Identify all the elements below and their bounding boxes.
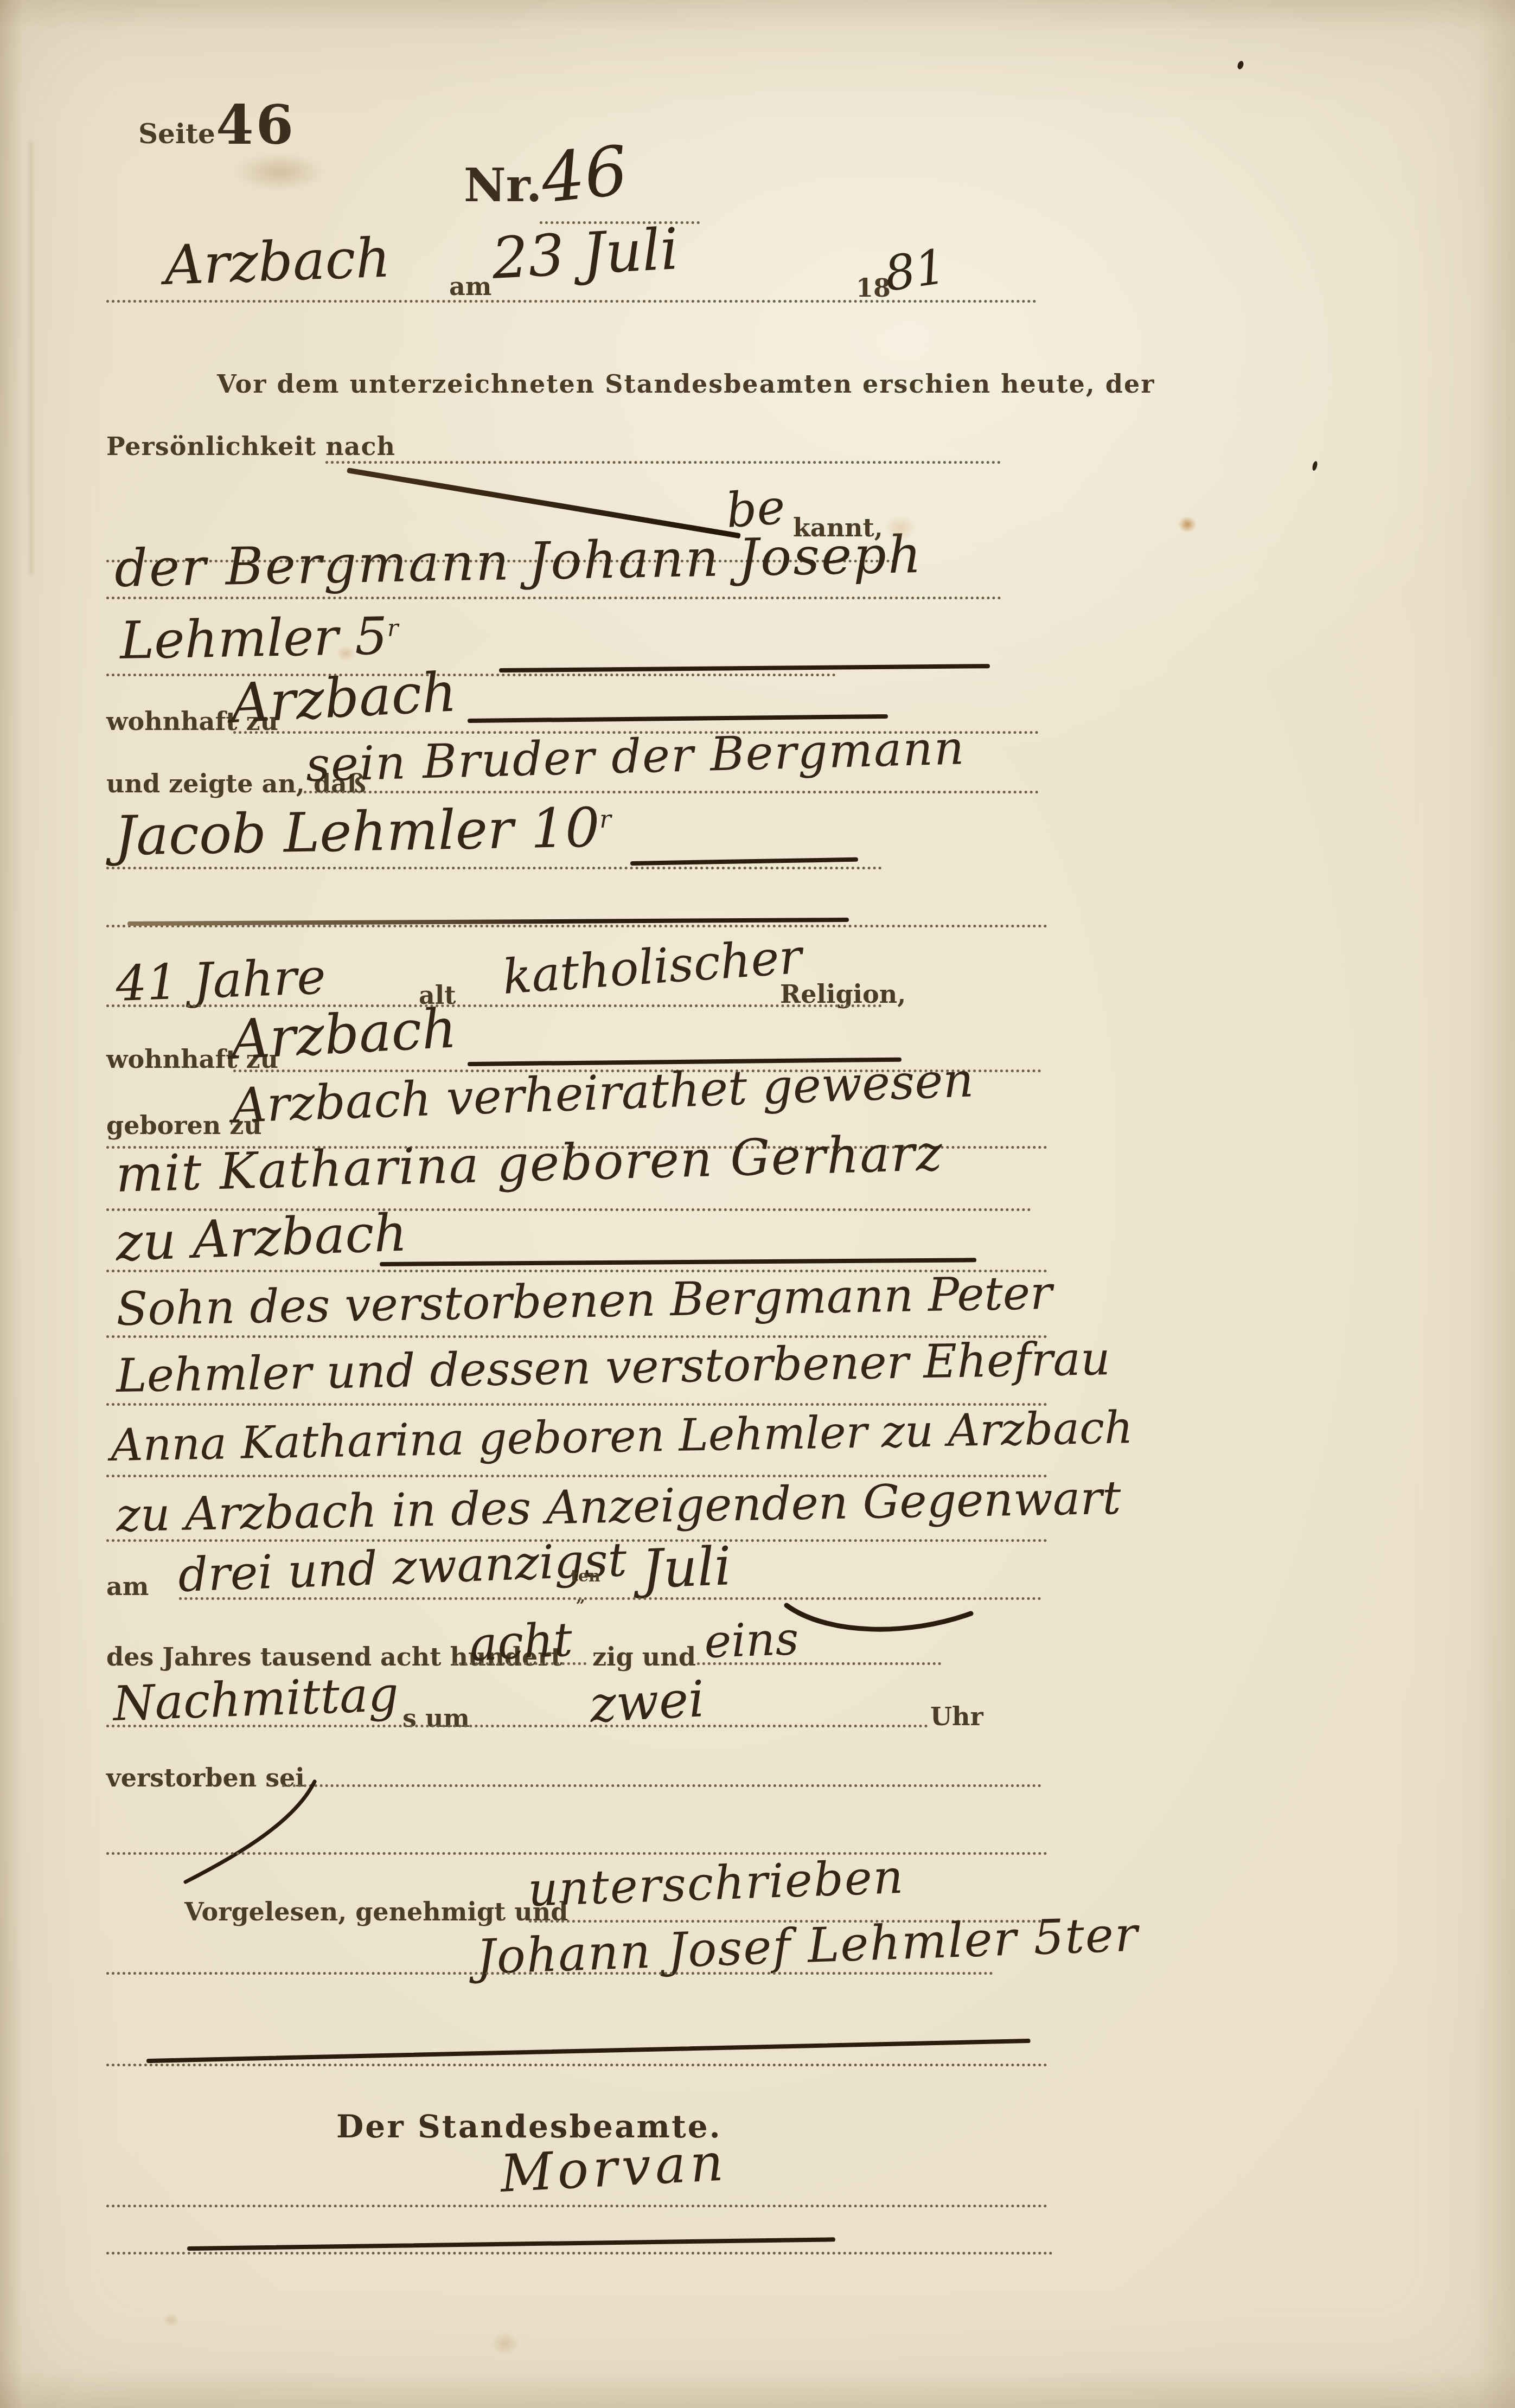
field-death-month: Juli bbox=[641, 1540, 732, 1596]
printed-am-tag: am bbox=[106, 1574, 149, 1599]
signature-registrar: Morvan bbox=[499, 2137, 729, 2200]
ink-filler-stroke bbox=[499, 664, 990, 673]
pen-flourish bbox=[179, 1773, 320, 1893]
ink-filler-stroke bbox=[630, 857, 858, 866]
ruled-dotted-line bbox=[106, 2205, 1047, 2207]
field-year-ones: eins bbox=[704, 1616, 800, 1664]
register-page-scan: Seite 46 Nr. 46 Arzbach am 23 Juli 18 81… bbox=[0, 0, 1515, 2408]
pen-flourish bbox=[784, 1597, 974, 1641]
field-day-month: 23 Juli bbox=[491, 221, 680, 287]
ruled-dotted-line bbox=[106, 2064, 1047, 2066]
field-parents-line3: Anna Katharina geboren Lehmler zu Arzbac… bbox=[111, 1406, 1134, 1468]
ruled-dotted-line bbox=[325, 461, 1001, 464]
ruled-dotted-line bbox=[106, 1972, 993, 1975]
printed-intro: Vor dem unterzeichneten Standesbeamten e… bbox=[217, 372, 1155, 396]
field-residence-1: Arzbach bbox=[229, 665, 458, 731]
paper-stain bbox=[1178, 516, 1197, 533]
field-declarant-line2: Lehmler 5r bbox=[119, 611, 399, 667]
ink-filler-stroke bbox=[146, 2039, 1031, 2063]
field-death-place: zu Arzbach in des Anzeigenden Gegenwart bbox=[116, 1475, 1122, 1539]
field-residence-2: Arzbach bbox=[229, 1001, 458, 1067]
field-deceased-name: Jacob Lehmler 10r bbox=[114, 800, 612, 863]
ink-filler-stroke bbox=[468, 714, 888, 723]
field-declarant-line1: der Bergmann Johann Joseph bbox=[114, 529, 923, 595]
paper-fold-shadow bbox=[30, 141, 33, 575]
ruled-dotted-line bbox=[282, 1784, 1041, 1787]
ruled-dotted-line bbox=[106, 867, 882, 869]
printed-ordinal-suffix: ten bbox=[571, 1568, 600, 1585]
ruled-dotted-line bbox=[106, 1004, 882, 1007]
paper-stain bbox=[163, 2313, 179, 2327]
field-relationship: sein Bruder der Bergmann bbox=[305, 725, 966, 789]
ruled-dotted-line bbox=[304, 791, 1039, 793]
paper-stain bbox=[491, 2332, 519, 2355]
page-number: 46 bbox=[216, 98, 296, 152]
field-unterschrieben: unterschrieben bbox=[527, 1854, 905, 1913]
ruled-dotted-line bbox=[106, 674, 836, 676]
field-place: Arzbach bbox=[164, 231, 392, 293]
ink-speck bbox=[1237, 60, 1245, 70]
ink-filler-stroke bbox=[187, 2237, 835, 2251]
ink-speck bbox=[1312, 460, 1318, 471]
field-parents-line2: Lehmler und dessen verstorbener Ehefrau bbox=[116, 1336, 1111, 1399]
field-religion: katholischer bbox=[501, 933, 803, 1001]
field-hour: zwei bbox=[589, 1674, 706, 1730]
ruled-dotted-line bbox=[106, 1403, 1047, 1406]
field-spouse-place: zu Arzbach bbox=[115, 1207, 408, 1269]
record-number-label: Nr. bbox=[464, 163, 542, 209]
paper-stain bbox=[884, 515, 917, 540]
ruled-dotted-line bbox=[106, 1725, 928, 1727]
ruled-dotted-line bbox=[697, 1662, 941, 1665]
ruled-dotted-line bbox=[106, 1852, 1047, 1855]
field-year-tens: acht bbox=[468, 1616, 573, 1668]
printed-persoenlichkeit: Persönlichkeit nach bbox=[106, 434, 395, 459]
printed-vorgelesen: Vorgelesen, genehmigt und bbox=[184, 1899, 568, 1924]
printed-year-middle: zig und bbox=[592, 1644, 696, 1669]
ink-filler-stroke bbox=[380, 1258, 976, 1266]
ink-ghost-smudge bbox=[233, 153, 325, 191]
printed-am: am bbox=[449, 274, 491, 299]
diagonal-pen-stroke bbox=[347, 467, 741, 539]
field-parents-line1: Sohn des verstorbenen Bergmann Peter bbox=[116, 1270, 1053, 1333]
field-daytime: Nachmittag bbox=[112, 1670, 399, 1728]
paper-stain bbox=[336, 645, 356, 662]
record-number-value: 46 bbox=[538, 137, 631, 213]
field-death-day: drei und zwanzigst bbox=[177, 1536, 628, 1599]
ruled-dotted-line bbox=[106, 2252, 1053, 2255]
ruled-dotted-line bbox=[453, 1662, 586, 1665]
ordinal-superscript: r bbox=[599, 805, 611, 834]
ruled-dotted-line bbox=[106, 597, 1001, 599]
field-birthplace-marriage: Arzbach verheirathet gewesen bbox=[232, 1056, 974, 1130]
field-age: 41 Jahre bbox=[115, 953, 327, 1009]
page-label: Seite bbox=[138, 120, 215, 148]
ordinal-superscript: r bbox=[387, 614, 399, 642]
field-year: 81 bbox=[882, 242, 949, 298]
printed-religion: Religion, bbox=[780, 982, 906, 1007]
printed-uhr: Uhr bbox=[930, 1704, 983, 1729]
